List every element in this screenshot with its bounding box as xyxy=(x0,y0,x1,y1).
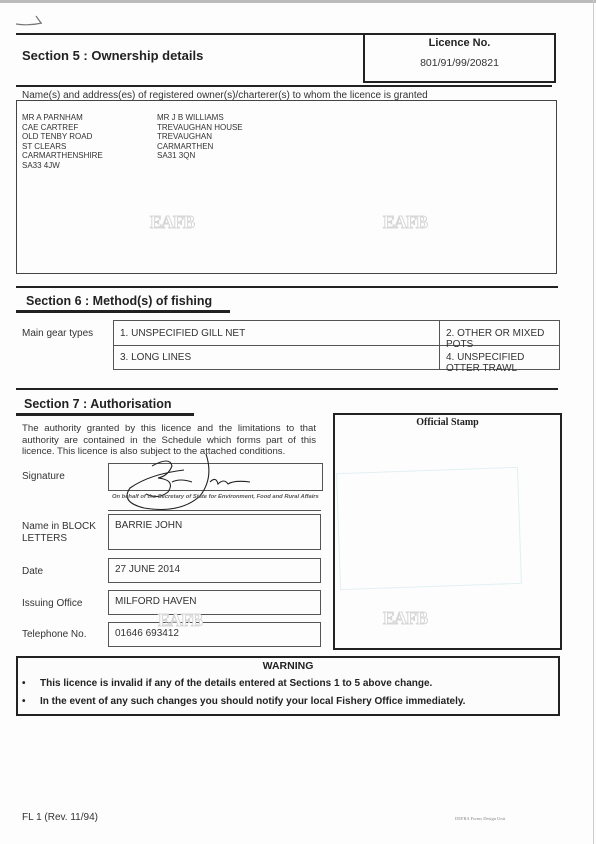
bullet-icon: • xyxy=(22,678,40,689)
signature-caption-rule xyxy=(108,510,321,511)
warning-text: This licence is invalid if any of the de… xyxy=(40,678,432,689)
owner-1-line: ST CLEARS xyxy=(22,142,103,152)
warning-item-2: •In the event of any such changes you sh… xyxy=(22,696,465,707)
section6-rule xyxy=(16,286,558,288)
scan-edge-top xyxy=(0,0,596,3)
design-unit-credit: DEFRA Forms Design Unit xyxy=(455,816,505,821)
gear-types-label: Main gear types xyxy=(22,328,93,339)
warning-item-1: •This licence is invalid if any of the d… xyxy=(22,678,432,689)
section6-title: Section 6 : Method(s) of fishing xyxy=(16,294,230,313)
owner-1-line: CARMARTHENSHIRE xyxy=(22,151,103,161)
gear-type-3: 3. LONG LINES xyxy=(120,352,191,363)
gear-type-2: 2. OTHER OR MIXED POTS xyxy=(446,328,559,350)
faded-stamp-impression xyxy=(336,467,522,590)
owner-2-line: SA31 3QN xyxy=(157,151,243,161)
section7-title: Section 7 : Authorisation xyxy=(16,397,194,416)
gear-type-4: 4. UNSPECIFIED OTTER TRAWL xyxy=(446,352,559,374)
owner-1-line: SA33 4JW xyxy=(22,161,103,171)
owner-2-line: MR J B WILLIAMS xyxy=(157,113,243,123)
owner-address-2: MR J B WILLIAMS TREVAUGHAN HOUSE TREVAUG… xyxy=(157,113,243,161)
name-label: Name in BLOCK LETTERS xyxy=(22,521,106,545)
owner-2-line: TREVAUGHAN HOUSE xyxy=(157,123,243,133)
bullet-icon: • xyxy=(22,696,40,707)
owner-1-line: CAE CARTREF xyxy=(22,123,103,133)
watermark: EAFB xyxy=(383,608,427,629)
owner-1-line: OLD TENBY ROAD xyxy=(22,132,103,142)
watermark: EAFB xyxy=(383,212,427,233)
form-code: FL 1 (Rev. 11/94) xyxy=(22,812,98,823)
gear-types-table: 1. UNSPECIFIED GILL NET 2. OTHER OR MIXE… xyxy=(113,320,560,370)
issuing-office-field: MILFORD HAVEN xyxy=(108,590,321,615)
name-field: BARRIE JOHN xyxy=(108,514,321,550)
owner-address-1: MR A PARNHAM CAE CARTREF OLD TENBY ROAD … xyxy=(22,113,103,170)
watermark: EAFB xyxy=(150,212,194,233)
signature-label: Signature xyxy=(22,471,65,483)
date-field: 27 JUNE 2014 xyxy=(108,558,321,583)
telephone-field: 01646 693412 xyxy=(108,622,321,647)
gear-type-1: 1. UNSPECIFIED GILL NET xyxy=(120,328,245,339)
handwritten-signature-icon xyxy=(110,448,270,518)
licence-number-label: Licence No. xyxy=(363,37,556,49)
pen-mark-icon xyxy=(14,10,64,30)
warning-text: In the event of any such changes you sho… xyxy=(40,696,465,707)
owner-2-line: TREVAUGHAN xyxy=(157,132,243,142)
licence-number-value: 801/91/99/20821 xyxy=(363,57,556,69)
issuing-office-label: Issuing Office xyxy=(22,598,82,610)
scan-edge-right xyxy=(593,0,594,844)
warning-title: WARNING xyxy=(16,660,560,672)
section7-rule xyxy=(16,388,558,390)
date-label: Date xyxy=(22,566,43,578)
owner-2-line: CARMARTHEN xyxy=(157,142,243,152)
watermark: EAFB xyxy=(158,610,202,631)
official-stamp-title: Official Stamp xyxy=(333,417,562,428)
telephone-label: Telephone No. xyxy=(22,629,87,641)
section5-title: Section 5 : Ownership details xyxy=(22,48,203,63)
owner-1-line: MR A PARNHAM xyxy=(22,113,103,123)
signature-caption: On behalf of the Secretary of State for … xyxy=(112,494,322,501)
